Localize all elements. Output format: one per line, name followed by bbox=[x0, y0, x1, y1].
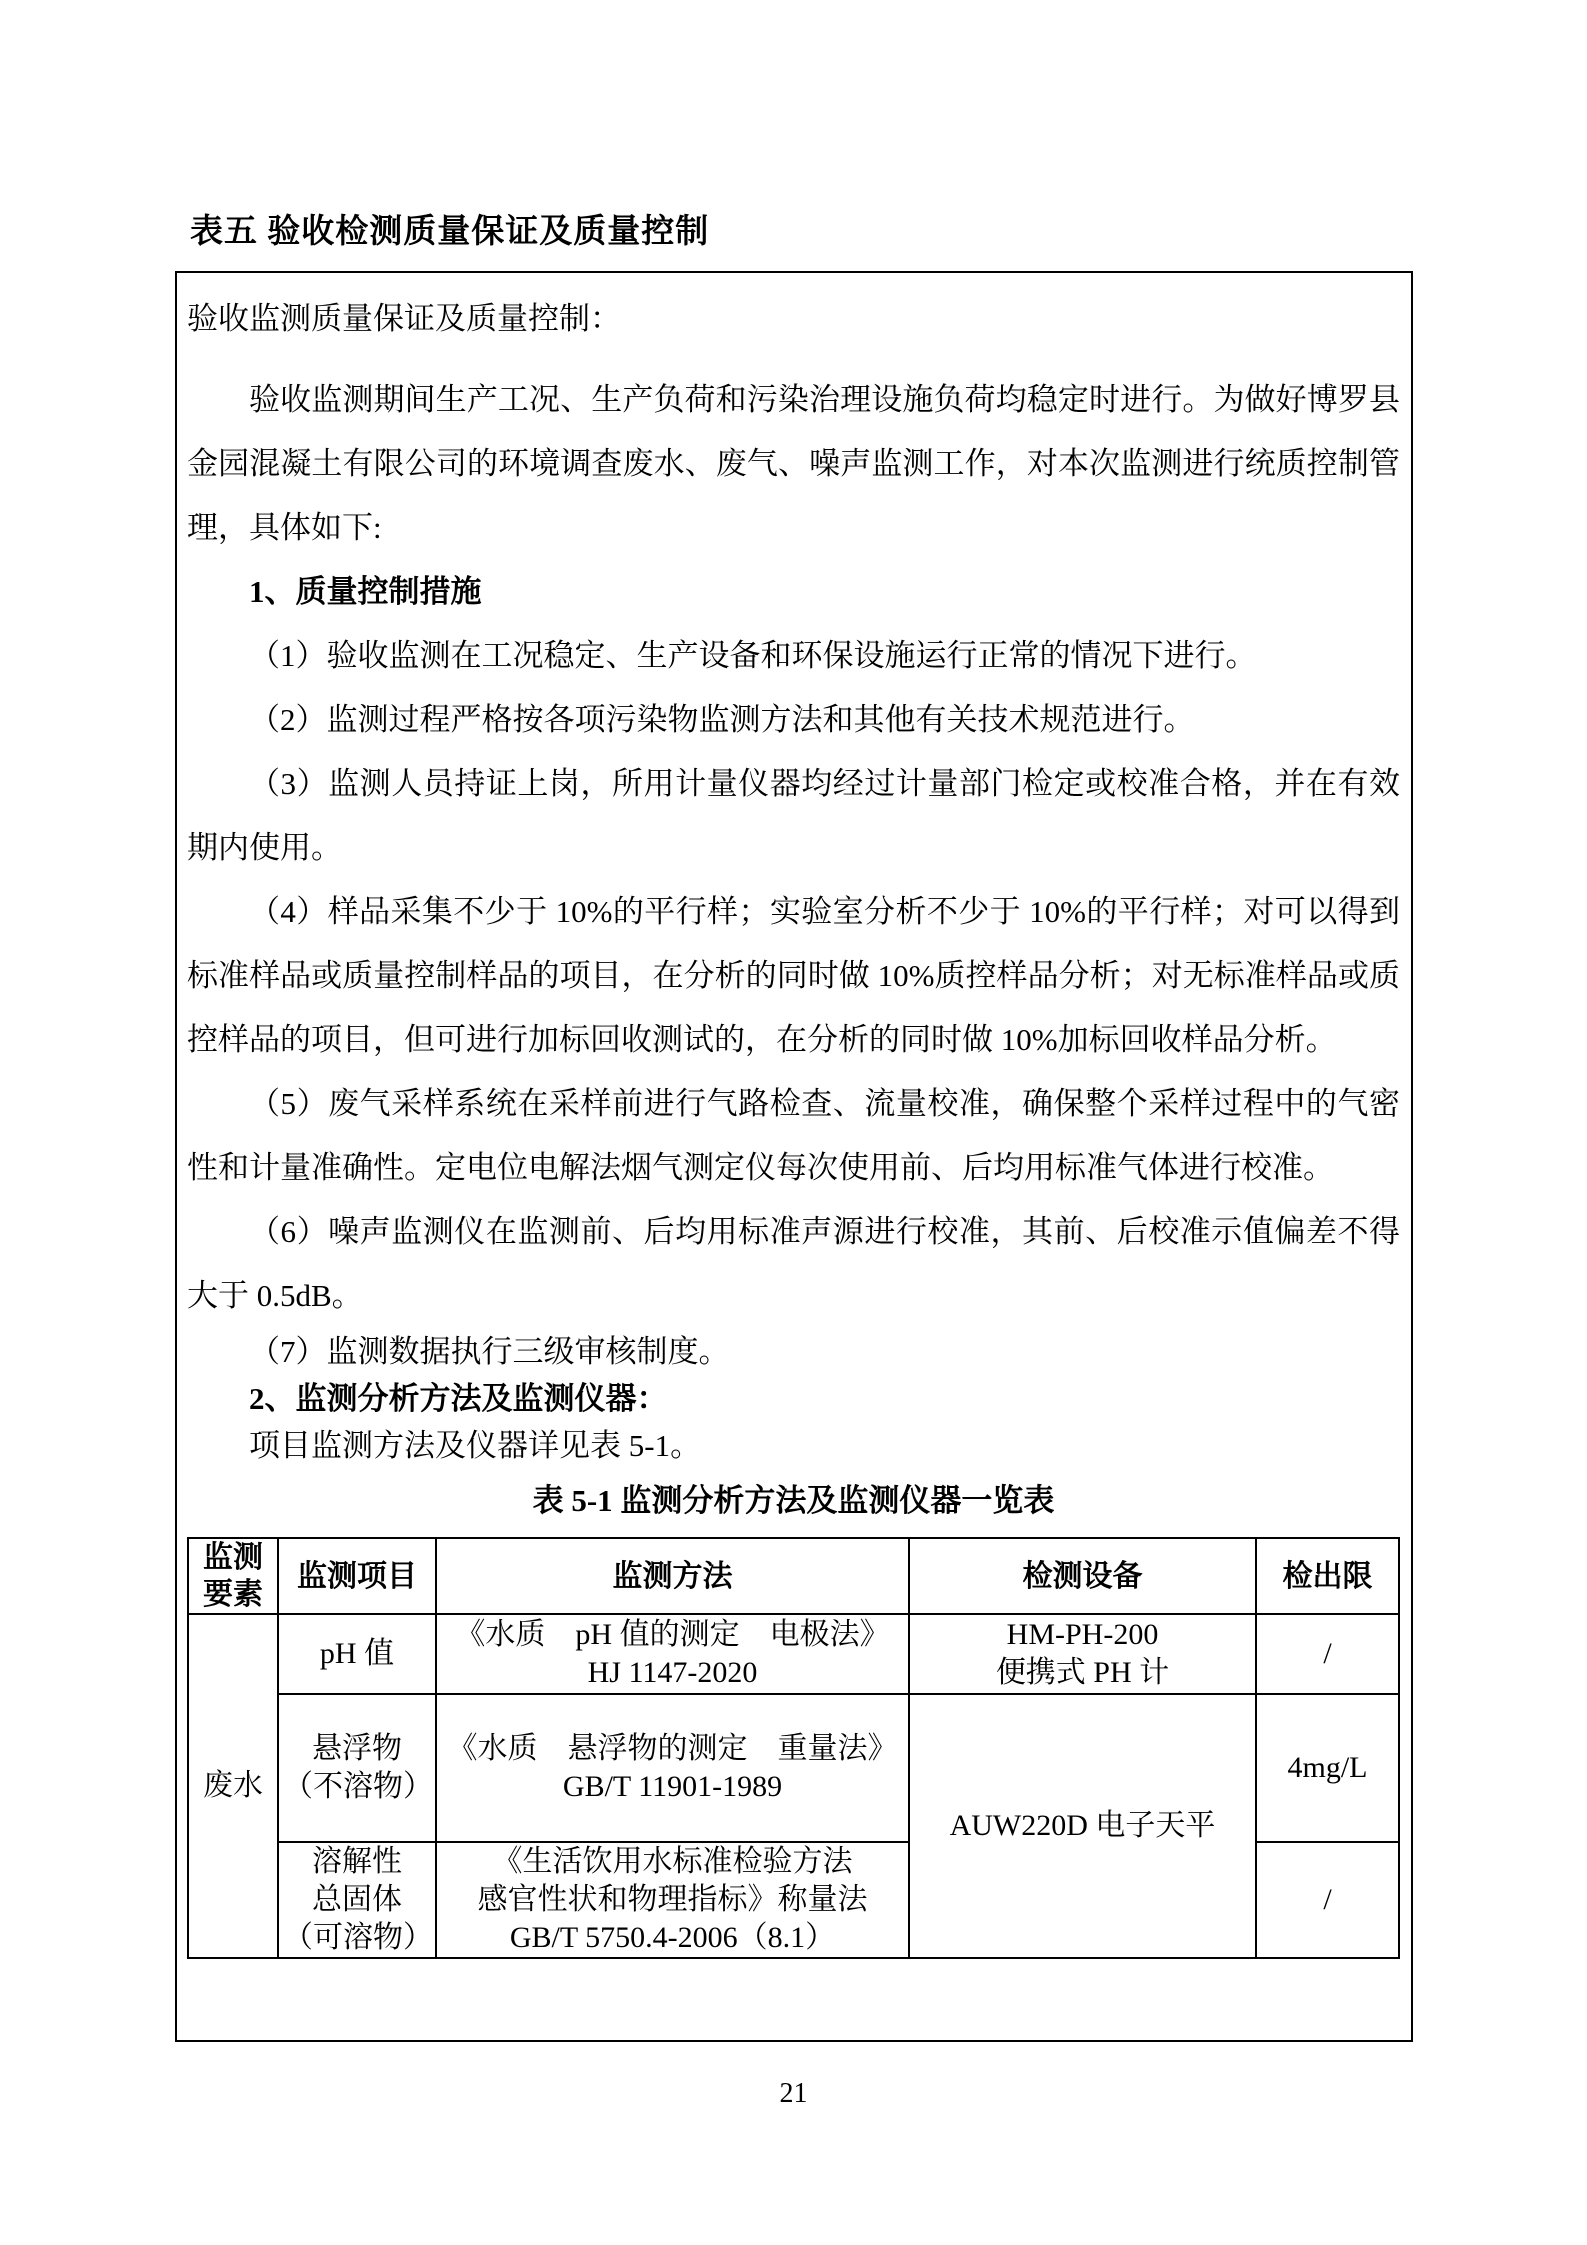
cell-method-tds: 《生活饮用水标准检验方法 感官性状和物理指标》称量法 GB/T 5750.4-2… bbox=[436, 1842, 909, 1958]
cell-method-ph: 《水质 pH 值的测定 电极法》 HJ 1147-2020 bbox=[436, 1614, 909, 1694]
qa-intro-label: 验收监测质量保证及质量控制： bbox=[187, 287, 1400, 350]
table-row: 废水 pH 值 《水质 pH 值的测定 电极法》 HJ 1147-2020 HM… bbox=[188, 1614, 1399, 1694]
table-title: 表 5-1 监测分析方法及监测仪器一览表 bbox=[187, 1479, 1400, 1523]
cell-device-ph: HM-PH-200 便携式 PH 计 bbox=[909, 1614, 1256, 1694]
header-monitor-method: 监测方法 bbox=[436, 1538, 909, 1614]
cell-method-ss: 《水质 悬浮物的测定 重量法》 GB/T 11901-1989 bbox=[436, 1694, 909, 1842]
content-box: 验收监测质量保证及质量控制： 验收监测期间生产工况、生产负荷和污染治理设施负荷均… bbox=[175, 271, 1413, 2042]
table-row: 悬浮物 （不溶物） 《水质 悬浮物的测定 重量法》 GB/T 11901-198… bbox=[188, 1694, 1399, 1842]
table-header-row: 监测 要素 监测项目 监测方法 检测设备 检出限 bbox=[188, 1538, 1399, 1614]
qc-item-2: （2）监测过程严格按各项污染物监测方法和其他有关技术规范进行。 bbox=[187, 688, 1400, 752]
cell-item-ss: 悬浮物 （不溶物） bbox=[278, 1694, 436, 1842]
cell-item-tds: 溶解性 总固体 （可溶物） bbox=[278, 1842, 436, 1958]
cell-limit-ss: 4mg/L bbox=[1256, 1694, 1399, 1842]
qc-item-4: （4）样品采集不少于 10%的平行样；实验室分析不少于 10%的平行样；对可以得… bbox=[187, 880, 1400, 1072]
cell-item-ph: pH 值 bbox=[278, 1614, 436, 1694]
page-title: 表五 验收检测质量保证及质量控制 bbox=[190, 205, 709, 252]
header-monitor-item: 监测项目 bbox=[278, 1538, 436, 1614]
section1-heading: 1、质量控制措施 bbox=[187, 560, 1400, 624]
cell-limit-ph: / bbox=[1256, 1614, 1399, 1694]
cell-device-balance: AUW220D 电子天平 bbox=[909, 1694, 1256, 1958]
header-detect-device: 检测设备 bbox=[909, 1538, 1256, 1614]
qc-item-5: （5）废气采样系统在采样前进行气路检查、流量校准，确保整个采样过程中的气密性和计… bbox=[187, 1072, 1400, 1200]
cell-limit-tds: / bbox=[1256, 1842, 1399, 1958]
section2-note: 项目监测方法及仪器详见表 5-1。 bbox=[187, 1422, 1400, 1469]
qc-item-3: （3）监测人员持证上岗，所用计量仪器均经过计量部门检定或校准合格，并在有效期内使… bbox=[187, 752, 1400, 880]
qc-item-6: （6）噪声监测仪在监测前、后均用标准声源进行校准，其前、后校准示值偏差不得大于 … bbox=[187, 1200, 1400, 1328]
monitoring-methods-table: 监测 要素 监测项目 监测方法 检测设备 检出限 废水 pH 值 《水质 pH … bbox=[187, 1537, 1400, 1959]
header-monitor-element: 监测 要素 bbox=[188, 1538, 278, 1614]
qc-item-1: （1）验收监测在工况稳定、生产设备和环保设施运行正常的情况下进行。 bbox=[187, 624, 1400, 688]
qc-item-7: （7）监测数据执行三级审核制度。 bbox=[187, 1328, 1400, 1375]
page-number: 21 bbox=[0, 2078, 1587, 2110]
section2-heading: 2、监测分析方法及监测仪器： bbox=[187, 1375, 1400, 1422]
qa-intro-paragraph: 验收监测期间生产工况、生产负荷和污染治理设施负荷均稳定时进行。为做好博罗县金园混… bbox=[187, 368, 1400, 560]
cell-element-wastewater: 废水 bbox=[188, 1614, 278, 1958]
header-detect-limit: 检出限 bbox=[1256, 1538, 1399, 1614]
